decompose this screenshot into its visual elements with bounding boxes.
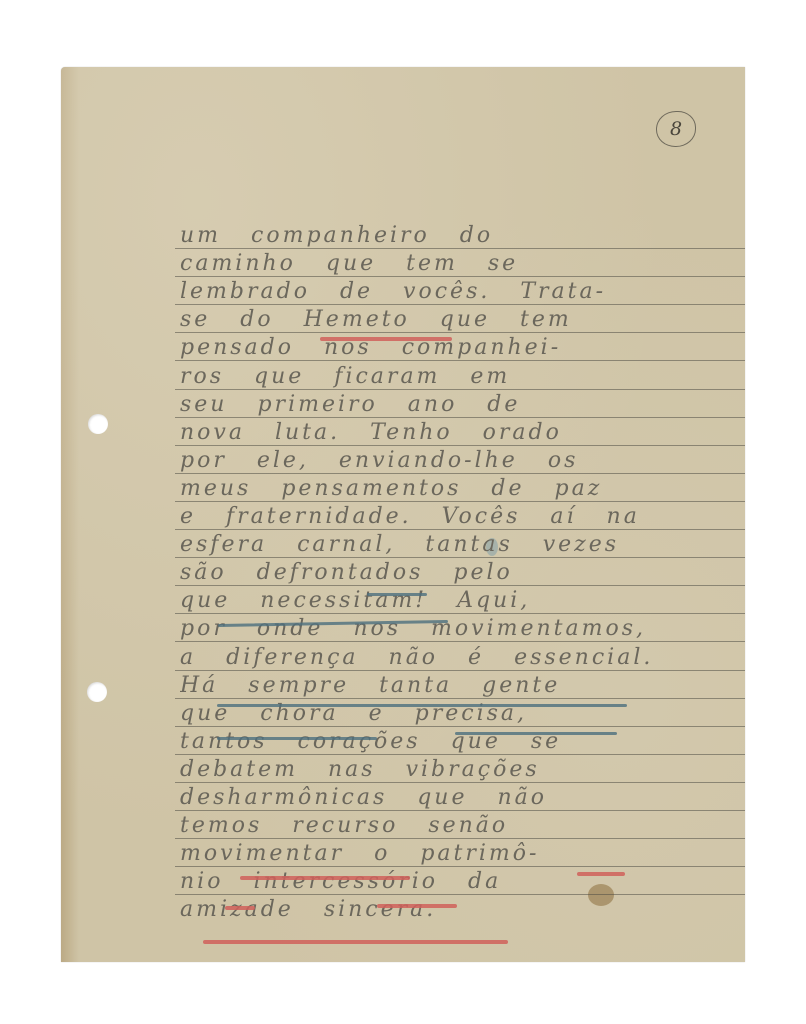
blue-underline-necessitam [367,593,427,596]
red-underline-hemeto [320,337,452,341]
text-line: e fraternidade. Vocês aí na [180,504,740,530]
text-line: caminho que tem se [180,251,740,277]
text-line: pensado nos companhei- [180,335,740,361]
page-number-text: 8 [670,118,682,140]
text-line: por ele, enviando-lhe os [180,448,740,474]
text-line: nova luta. Tenho orado [180,420,740,446]
red-underline-amizade-sincera [203,940,508,944]
red-underline-intercessorio [377,904,457,908]
blue-underline-precisa [455,732,617,735]
text-line: meus pensamentos de paz [180,476,740,502]
text-line: ros que ficaram em [180,364,740,390]
text-line: um companheiro do [180,223,740,249]
punch-hole-lower [87,682,107,702]
text-line: são defrontados pelo [180,560,740,586]
text-line: que necessitam! Aqui, [180,588,740,614]
text-line: desharmônicas que não [180,785,740,811]
text-line: seu primeiro ano de [180,392,740,418]
text-line: movimentar o patrimô- [180,841,740,867]
blue-underline-que-chora [217,737,377,740]
text-line: debatem nas vibrações [180,757,740,783]
red-underline-movimentar [240,876,410,880]
red-underline-nio [225,906,255,910]
text-line: amizade sincera. [180,897,740,923]
text-line: esfera carnal, tantas vezes [180,532,740,558]
blue-underline-ha-sempre [217,704,627,707]
text-line: temos recurso senão [180,813,740,839]
page-number: 8 [656,111,696,147]
text-line: nio intercessório da [180,869,740,895]
red-underline-patrimonio [577,872,625,876]
text-line: Há sempre tanta gente [180,673,740,699]
punch-hole-upper [88,414,108,434]
text-line: por onde nos movimentamos, [180,616,740,642]
text-line: a diferença não é essencial. [180,645,740,671]
text-line: lembrado de vocês. Trata- [180,279,740,305]
text-line: se do Hemeto que tem [180,307,740,333]
